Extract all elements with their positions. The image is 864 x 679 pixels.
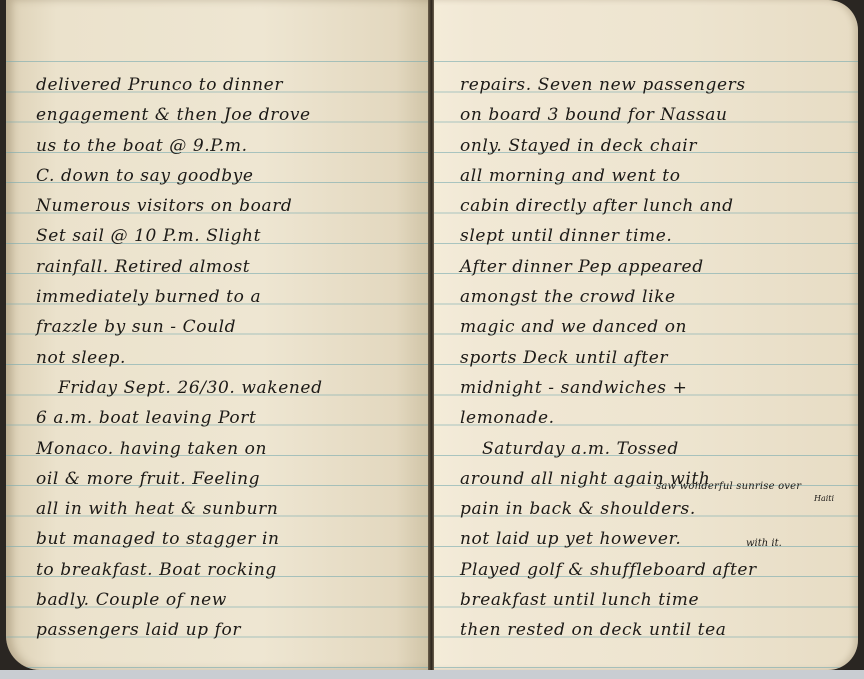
right-page: repairs. Seven new passengers on board 3…: [434, 0, 858, 670]
margin-annotation-sunrise: saw wonderful sunrise over: [656, 481, 801, 492]
text-line: Monaco. having taken on: [36, 434, 430, 464]
text-line: frazzle by sun - Could: [36, 312, 430, 342]
text-line: oil & more fruit. Feeling: [36, 464, 430, 494]
text-line: us to the boat @ 9.P.m.: [36, 131, 430, 161]
text-line: sports Deck until after: [460, 343, 858, 373]
text-line: immediately burned to a: [36, 282, 430, 312]
text-line: breakfast until lunch time: [460, 585, 858, 615]
text-line: 6 a.m. boat leaving Port: [36, 403, 430, 433]
text-line: not sleep.: [36, 343, 430, 373]
text-line: pain in back & shoulders.: [460, 494, 858, 524]
text-line: not laid up yet however.: [460, 524, 858, 554]
text-line: engagement & then Joe drove: [36, 100, 430, 130]
text-line: repairs. Seven new passengers: [460, 70, 858, 100]
text-line: lemonade.: [460, 403, 858, 433]
text-line: then rested on deck until tea: [460, 615, 858, 645]
left-page: delivered Prunco to dinner engagement & …: [6, 0, 430, 670]
text-line: on board 3 bound for Nassau: [460, 100, 858, 130]
diary-entry-heading: Friday Sept. 26/30. wakened: [36, 373, 430, 403]
text-line: but managed to stagger in: [36, 524, 430, 554]
text-line: After dinner Pep appeared: [460, 252, 858, 282]
text-line: cabin directly after lunch and: [460, 191, 858, 221]
right-page-text: repairs. Seven new passengers on board 3…: [460, 70, 858, 646]
text-line: all in with heat & sunburn: [36, 494, 430, 524]
text-line: Played golf & shuffleboard after: [460, 555, 858, 585]
left-page-text: delivered Prunco to dinner engagement & …: [36, 70, 430, 646]
text-line: badly. Couple of new: [36, 585, 430, 615]
text-line: C. down to say goodbye: [36, 161, 430, 191]
text-line: Numerous visitors on board: [36, 191, 430, 221]
background-edge: [0, 670, 864, 679]
notebook-spread: delivered Prunco to dinner engagement & …: [0, 0, 864, 679]
margin-annotation-haiti: Haiti: [814, 494, 834, 503]
margin-annotation-with-it: with it.: [746, 538, 782, 549]
text-line: passengers laid up for: [36, 615, 430, 645]
diary-entry-heading: Saturday a.m. Tossed: [460, 434, 858, 464]
text-line: only. Stayed in deck chair: [460, 131, 858, 161]
text-line: amongst the crowd like: [460, 282, 858, 312]
text-line: Set sail @ 10 P.m. Slight: [36, 221, 430, 251]
text-line: slept until dinner time.: [460, 221, 858, 251]
text-line: midnight - sandwiches +: [460, 373, 858, 403]
text-line: all morning and went to: [460, 161, 858, 191]
text-line: rainfall. Retired almost: [36, 252, 430, 282]
text-line: to breakfast. Boat rocking: [36, 555, 430, 585]
text-line: magic and we danced on: [460, 312, 858, 342]
text-line: delivered Prunco to dinner: [36, 70, 430, 100]
